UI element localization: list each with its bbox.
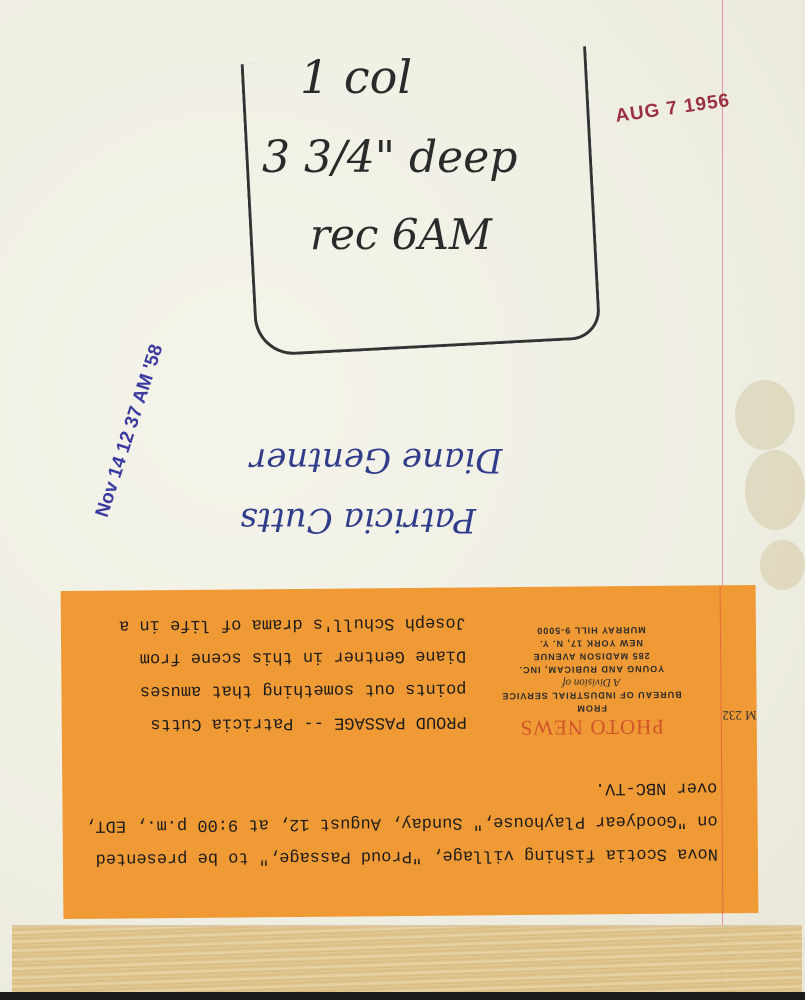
caption-line-4: Joseph Schull's drama of life in a bbox=[119, 606, 466, 642]
pencil-note-line-2: 3 3/4" deep bbox=[262, 132, 517, 183]
water-stain bbox=[745, 450, 805, 530]
masthead-org: BUREAU OF INDUSTRIAL SERVICE bbox=[466, 687, 716, 702]
caption-line-3: Diane Gentner in this scene from bbox=[140, 639, 467, 675]
signature-diane-gentner: Diane Gentner bbox=[250, 440, 502, 480]
press-caption-label: M 232 PHOTO NEWS FROM BUREAU OF INDUSTRI… bbox=[61, 585, 759, 919]
signature-patricia-cutts: Patricia Cutts bbox=[240, 500, 476, 540]
masthead-parent: YOUNG AND RUBICAM, INC. bbox=[466, 661, 716, 676]
water-stain bbox=[760, 540, 805, 590]
water-stain bbox=[735, 380, 795, 450]
photo-news-title: PHOTO NEWS bbox=[467, 713, 717, 740]
pencil-note-line-3: rec 6AM bbox=[310, 210, 492, 259]
masthead-phone: MURRAY HILL 9-5000 bbox=[466, 622, 716, 637]
caption-line-1: PROUD PASSAGE -- Patricia Cutts bbox=[150, 705, 467, 741]
form-number: M 232 bbox=[722, 707, 756, 723]
pencil-box-outline bbox=[241, 46, 602, 357]
caption-line-2: points out something that amuses bbox=[140, 672, 467, 708]
press-masthead: PHOTO NEWS FROM BUREAU OF INDUSTRIAL SER… bbox=[466, 622, 717, 740]
caption-line-7: over NBC-TV. bbox=[595, 770, 718, 804]
masthead-address-1: 285 MADISON AVENUE bbox=[466, 648, 716, 663]
yellowed-tape-strip bbox=[12, 925, 802, 993]
pencil-note-line-1: 1 col bbox=[300, 50, 412, 104]
masthead-from: FROM bbox=[467, 700, 717, 715]
caption-line-6: on "Goodyear Playhouse," Sunday, August … bbox=[85, 803, 718, 842]
scan-edge bbox=[0, 992, 805, 1000]
caption-line-5: Nova Scotia fishing village, "Proud Pass… bbox=[95, 836, 718, 874]
masthead-address-2: NEW YORK 17, N. Y. bbox=[466, 635, 716, 650]
label-rule-line bbox=[720, 585, 724, 913]
